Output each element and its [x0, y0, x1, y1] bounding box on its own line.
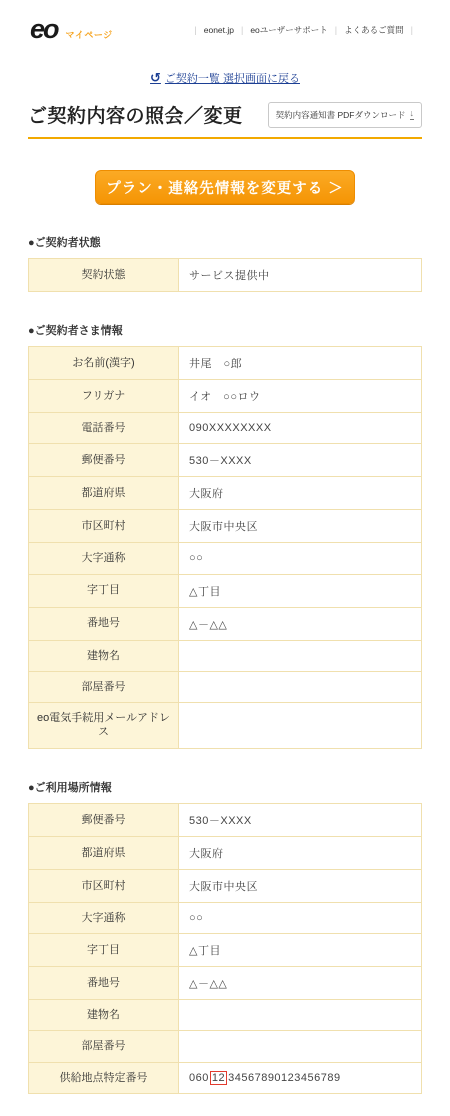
row-value: サービス提供中 [179, 259, 422, 292]
table-row: 電話番号 090XXXXXXXX [29, 413, 422, 444]
table-row: eo電気手続用メールアドレス [29, 703, 422, 749]
nav-divider: | [411, 25, 413, 35]
table-row: 建物名 [29, 640, 422, 671]
row-value: イオ ○○ロウ [179, 380, 422, 413]
section-heading: ●ご契約者状態 [28, 234, 422, 250]
table-row: 都道府県 大阪府 [29, 836, 422, 869]
supply-number-suffix: 34567890123456789 [228, 1072, 341, 1084]
row-label: 市区町村 [29, 869, 179, 902]
row-value: △－△△ [179, 967, 422, 1000]
row-label: 番地号 [29, 607, 179, 640]
table-row: 契約状態 サービス提供中 [29, 259, 422, 292]
table-row: 番地号 △－△△ [29, 607, 422, 640]
row-label: 郵便番号 [29, 444, 179, 477]
title-row: ご契約内容の照会／変更 契約内容通知書 PDFダウンロード ↓ [28, 101, 422, 139]
nav-link-user-support[interactable]: eoユーザーサポート [250, 24, 327, 36]
row-value: 大阪市中央区 [179, 869, 422, 902]
row-label: 大字通称 [29, 543, 179, 574]
row-label: 契約状態 [29, 259, 179, 292]
row-label: 都道府県 [29, 836, 179, 869]
header: eo マイページ | eonet.jp | eoユーザーサポート | よくあるご… [0, 0, 450, 57]
row-label: eo電気手続用メールアドレス [29, 703, 179, 749]
bottom-spacer [0, 1094, 450, 1116]
section-usage-location-info: ●ご利用場所情報 郵便番号 530－XXXX 都道府県 大阪府 市区町村 大阪市… [28, 779, 422, 1094]
usage-location-table: 郵便番号 530－XXXX 都道府県 大阪府 市区町村 大阪市中央区 大字通称 … [28, 803, 422, 1094]
table-row: 郵便番号 530－XXXX [29, 803, 422, 836]
row-label: 郵便番号 [29, 803, 179, 836]
nav-divider: | [241, 25, 243, 35]
nav-link-faq[interactable]: よくあるご質問 [344, 24, 404, 36]
row-value: 大阪府 [179, 836, 422, 869]
section-heading: ●ご利用場所情報 [28, 779, 422, 795]
table-row: 番地号 △－△△ [29, 967, 422, 1000]
table-row: 大字通称 ○○ [29, 543, 422, 574]
mypage-label: マイページ [66, 28, 113, 41]
return-arrow-icon: ↺ [150, 70, 161, 86]
table-row: 字丁目 △丁目 [29, 934, 422, 967]
row-label: 建物名 [29, 1000, 179, 1031]
row-label: 部屋番号 [29, 1031, 179, 1062]
table-row: 建物名 [29, 1000, 422, 1031]
row-label: 市区町村 [29, 510, 179, 543]
row-value: 大阪府 [179, 477, 422, 510]
row-value: ○○ [179, 543, 422, 574]
row-value: 井尾 ○郎 [179, 347, 422, 380]
back-link-row: ↺ ご契約一覧 選択画面に戻る [0, 69, 450, 87]
row-label: 電話番号 [29, 413, 179, 444]
cta-row: プラン・連絡先情報を変更する ＞ [0, 170, 450, 204]
row-value: △丁目 [179, 574, 422, 607]
pdf-button-label: 契約内容通知書 PDFダウンロード [276, 109, 406, 121]
logo: eo マイページ [30, 16, 113, 43]
header-nav: | eonet.jp | eoユーザーサポート | よくあるご質問 | [187, 24, 420, 36]
row-label: 部屋番号 [29, 671, 179, 702]
table-row: 市区町村 大阪市中央区 [29, 510, 422, 543]
supply-point-number-value: 0601234567890123456789 [179, 1062, 422, 1093]
row-label: 大字通称 [29, 902, 179, 933]
download-icon: ↓ [410, 109, 415, 120]
row-label: 建物名 [29, 640, 179, 671]
row-label: お名前(漢字) [29, 347, 179, 380]
supply-number-prefix: 060 [189, 1072, 209, 1084]
nav-divider: | [194, 25, 196, 35]
pdf-download-button[interactable]: 契約内容通知書 PDFダウンロード ↓ [268, 102, 422, 128]
table-row: 字丁目 △丁目 [29, 574, 422, 607]
section-heading: ●ご契約者さま情報 [28, 322, 422, 338]
row-value: 090XXXXXXXX [179, 413, 422, 444]
table-row: 都道府県 大阪府 [29, 477, 422, 510]
row-value [179, 1031, 422, 1062]
section-contract-status: ●ご契約者状態 契約状態 サービス提供中 [28, 234, 422, 292]
row-value: △－△△ [179, 607, 422, 640]
row-value [179, 671, 422, 702]
row-label: 番地号 [29, 967, 179, 1000]
table-row: 部屋番号 [29, 1031, 422, 1062]
table-row: 市区町村 大阪市中央区 [29, 869, 422, 902]
contract-status-table: 契約状態 サービス提供中 [28, 258, 422, 292]
row-value: 530－XXXX [179, 444, 422, 477]
row-value: ○○ [179, 902, 422, 933]
section-contractor-info: ●ご契約者さま情報 お名前(漢字) 井尾 ○郎 フリガナ イオ ○○ロウ 電話番… [28, 322, 422, 749]
row-label: 字丁目 [29, 574, 179, 607]
row-label: 供給地点特定番号 [29, 1062, 179, 1093]
change-plan-contact-button[interactable]: プラン・連絡先情報を変更する ＞ [95, 170, 355, 204]
supply-number-highlight: 12 [210, 1071, 227, 1085]
nav-link-eonet[interactable]: eonet.jp [204, 25, 234, 35]
table-row: 郵便番号 530－XXXX [29, 444, 422, 477]
row-label: フリガナ [29, 380, 179, 413]
nav-divider: | [335, 25, 337, 35]
contractor-info-table: お名前(漢字) 井尾 ○郎 フリガナ イオ ○○ロウ 電話番号 090XXXXX… [28, 346, 422, 749]
table-row: 供給地点特定番号 0601234567890123456789 [29, 1062, 422, 1093]
row-value [179, 703, 422, 749]
page-title: ご契約内容の照会／変更 [28, 101, 243, 128]
row-value [179, 640, 422, 671]
table-row: 部屋番号 [29, 671, 422, 702]
back-link-label: ご契約一覧 選択画面に戻る [165, 70, 300, 86]
eo-logo: eo [30, 16, 58, 43]
row-label: 都道府県 [29, 477, 179, 510]
row-value [179, 1000, 422, 1031]
table-row: お名前(漢字) 井尾 ○郎 [29, 347, 422, 380]
row-value: 530－XXXX [179, 803, 422, 836]
row-label: 字丁目 [29, 934, 179, 967]
table-row: フリガナ イオ ○○ロウ [29, 380, 422, 413]
row-value: △丁目 [179, 934, 422, 967]
table-row: 大字通称 ○○ [29, 902, 422, 933]
row-value: 大阪市中央区 [179, 510, 422, 543]
back-to-contract-list-link[interactable]: ↺ ご契約一覧 選択画面に戻る [150, 70, 300, 86]
